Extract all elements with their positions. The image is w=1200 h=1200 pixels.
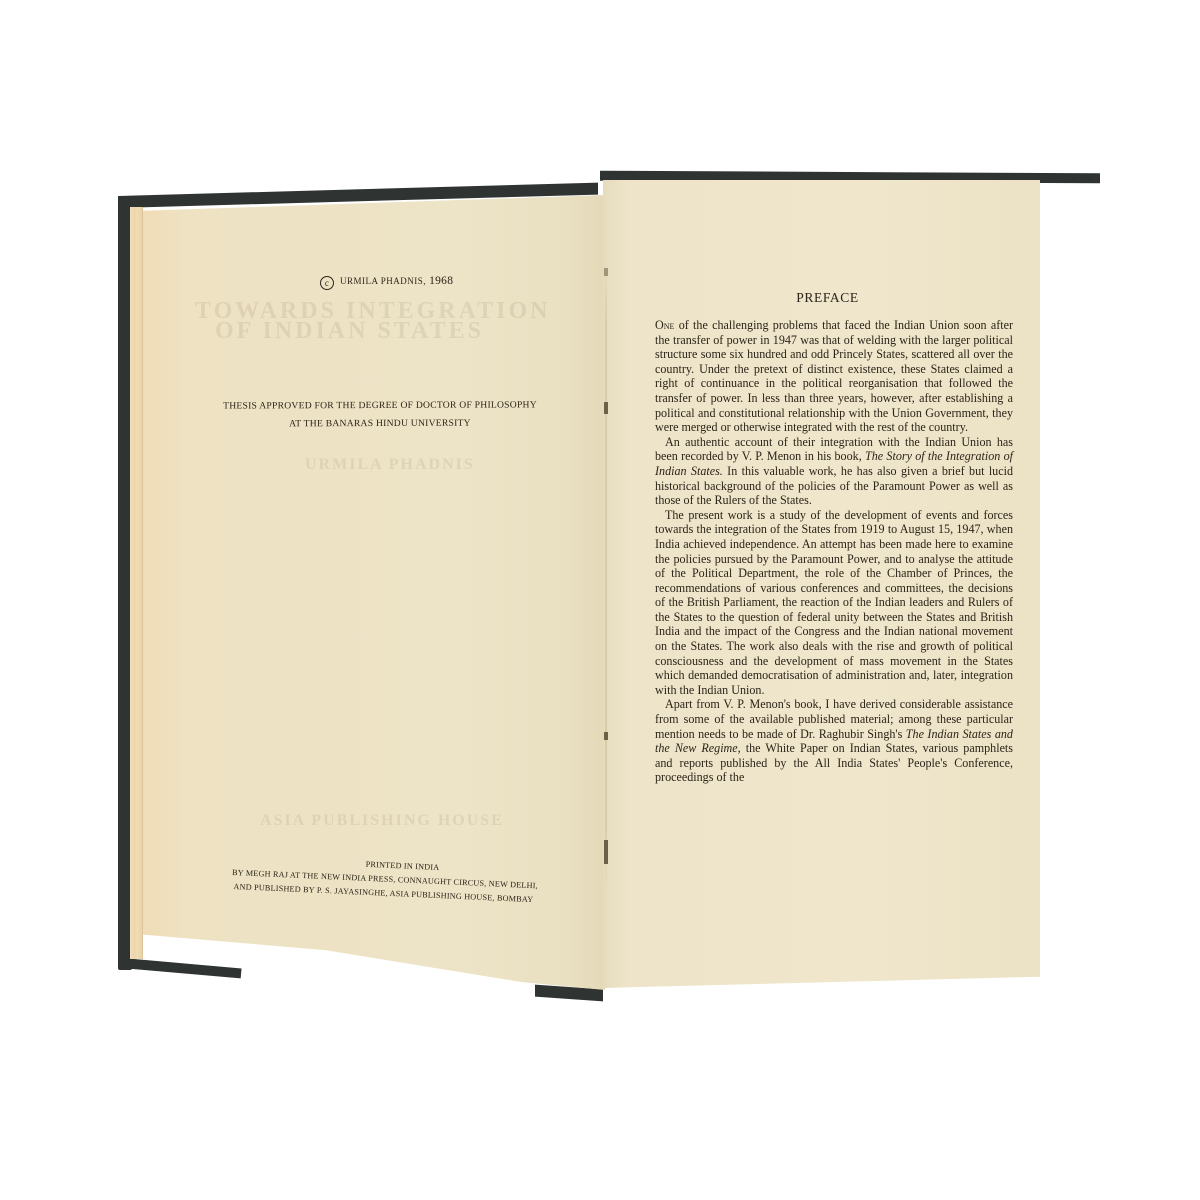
book-photo: TOWARDS INTEGRATION OF INDIAN STATES URM… (0, 0, 1200, 1200)
copyright-year: 1968 (429, 275, 453, 287)
thesis-line: THESIS APPROVED FOR THE DEGREE OF DOCTOR… (170, 396, 590, 415)
drop-lead: One (655, 318, 674, 332)
preface-paragraph: One of the challenging problems that fac… (655, 318, 1013, 435)
show-through-text: ASIA PUBLISHING HOUSE (260, 812, 504, 830)
copyright-icon: c (320, 276, 334, 290)
binding-stitch (604, 268, 608, 276)
copyright-holder: URMILA PHADNIS, (340, 276, 426, 286)
book-cover-bottom-left (121, 958, 241, 978)
binding-stitch (604, 840, 608, 864)
paragraph-text: The present work is a study of the devel… (655, 508, 1013, 697)
preface-body: One of the challenging problems that fac… (655, 318, 1013, 785)
preface-paragraph: The present work is a study of the devel… (655, 508, 1013, 698)
page-stack-edges (130, 207, 143, 959)
thesis-line: AT THE BANARAS HINDU UNIVERSITY (170, 414, 590, 433)
book-gutter (605, 265, 607, 885)
paragraph-text: of the challenging problems that faced t… (655, 318, 1013, 434)
thesis-note: THESIS APPROVED FOR THE DEGREE OF DOCTOR… (170, 396, 590, 433)
copyright-notice: cURMILA PHADNIS, 1968 (320, 275, 453, 290)
preface-paragraph: Apart from V. P. Menon's book, I have de… (655, 697, 1013, 785)
binding-stitch (604, 402, 608, 414)
preface-heading: PREFACE (640, 290, 1015, 306)
binding-stitch (604, 732, 608, 740)
show-through-text: OF INDIAN STATES (215, 318, 484, 345)
preface-paragraph: An authentic account of their integratio… (655, 435, 1013, 508)
show-through-text: URMILA PHADNIS (305, 456, 475, 474)
